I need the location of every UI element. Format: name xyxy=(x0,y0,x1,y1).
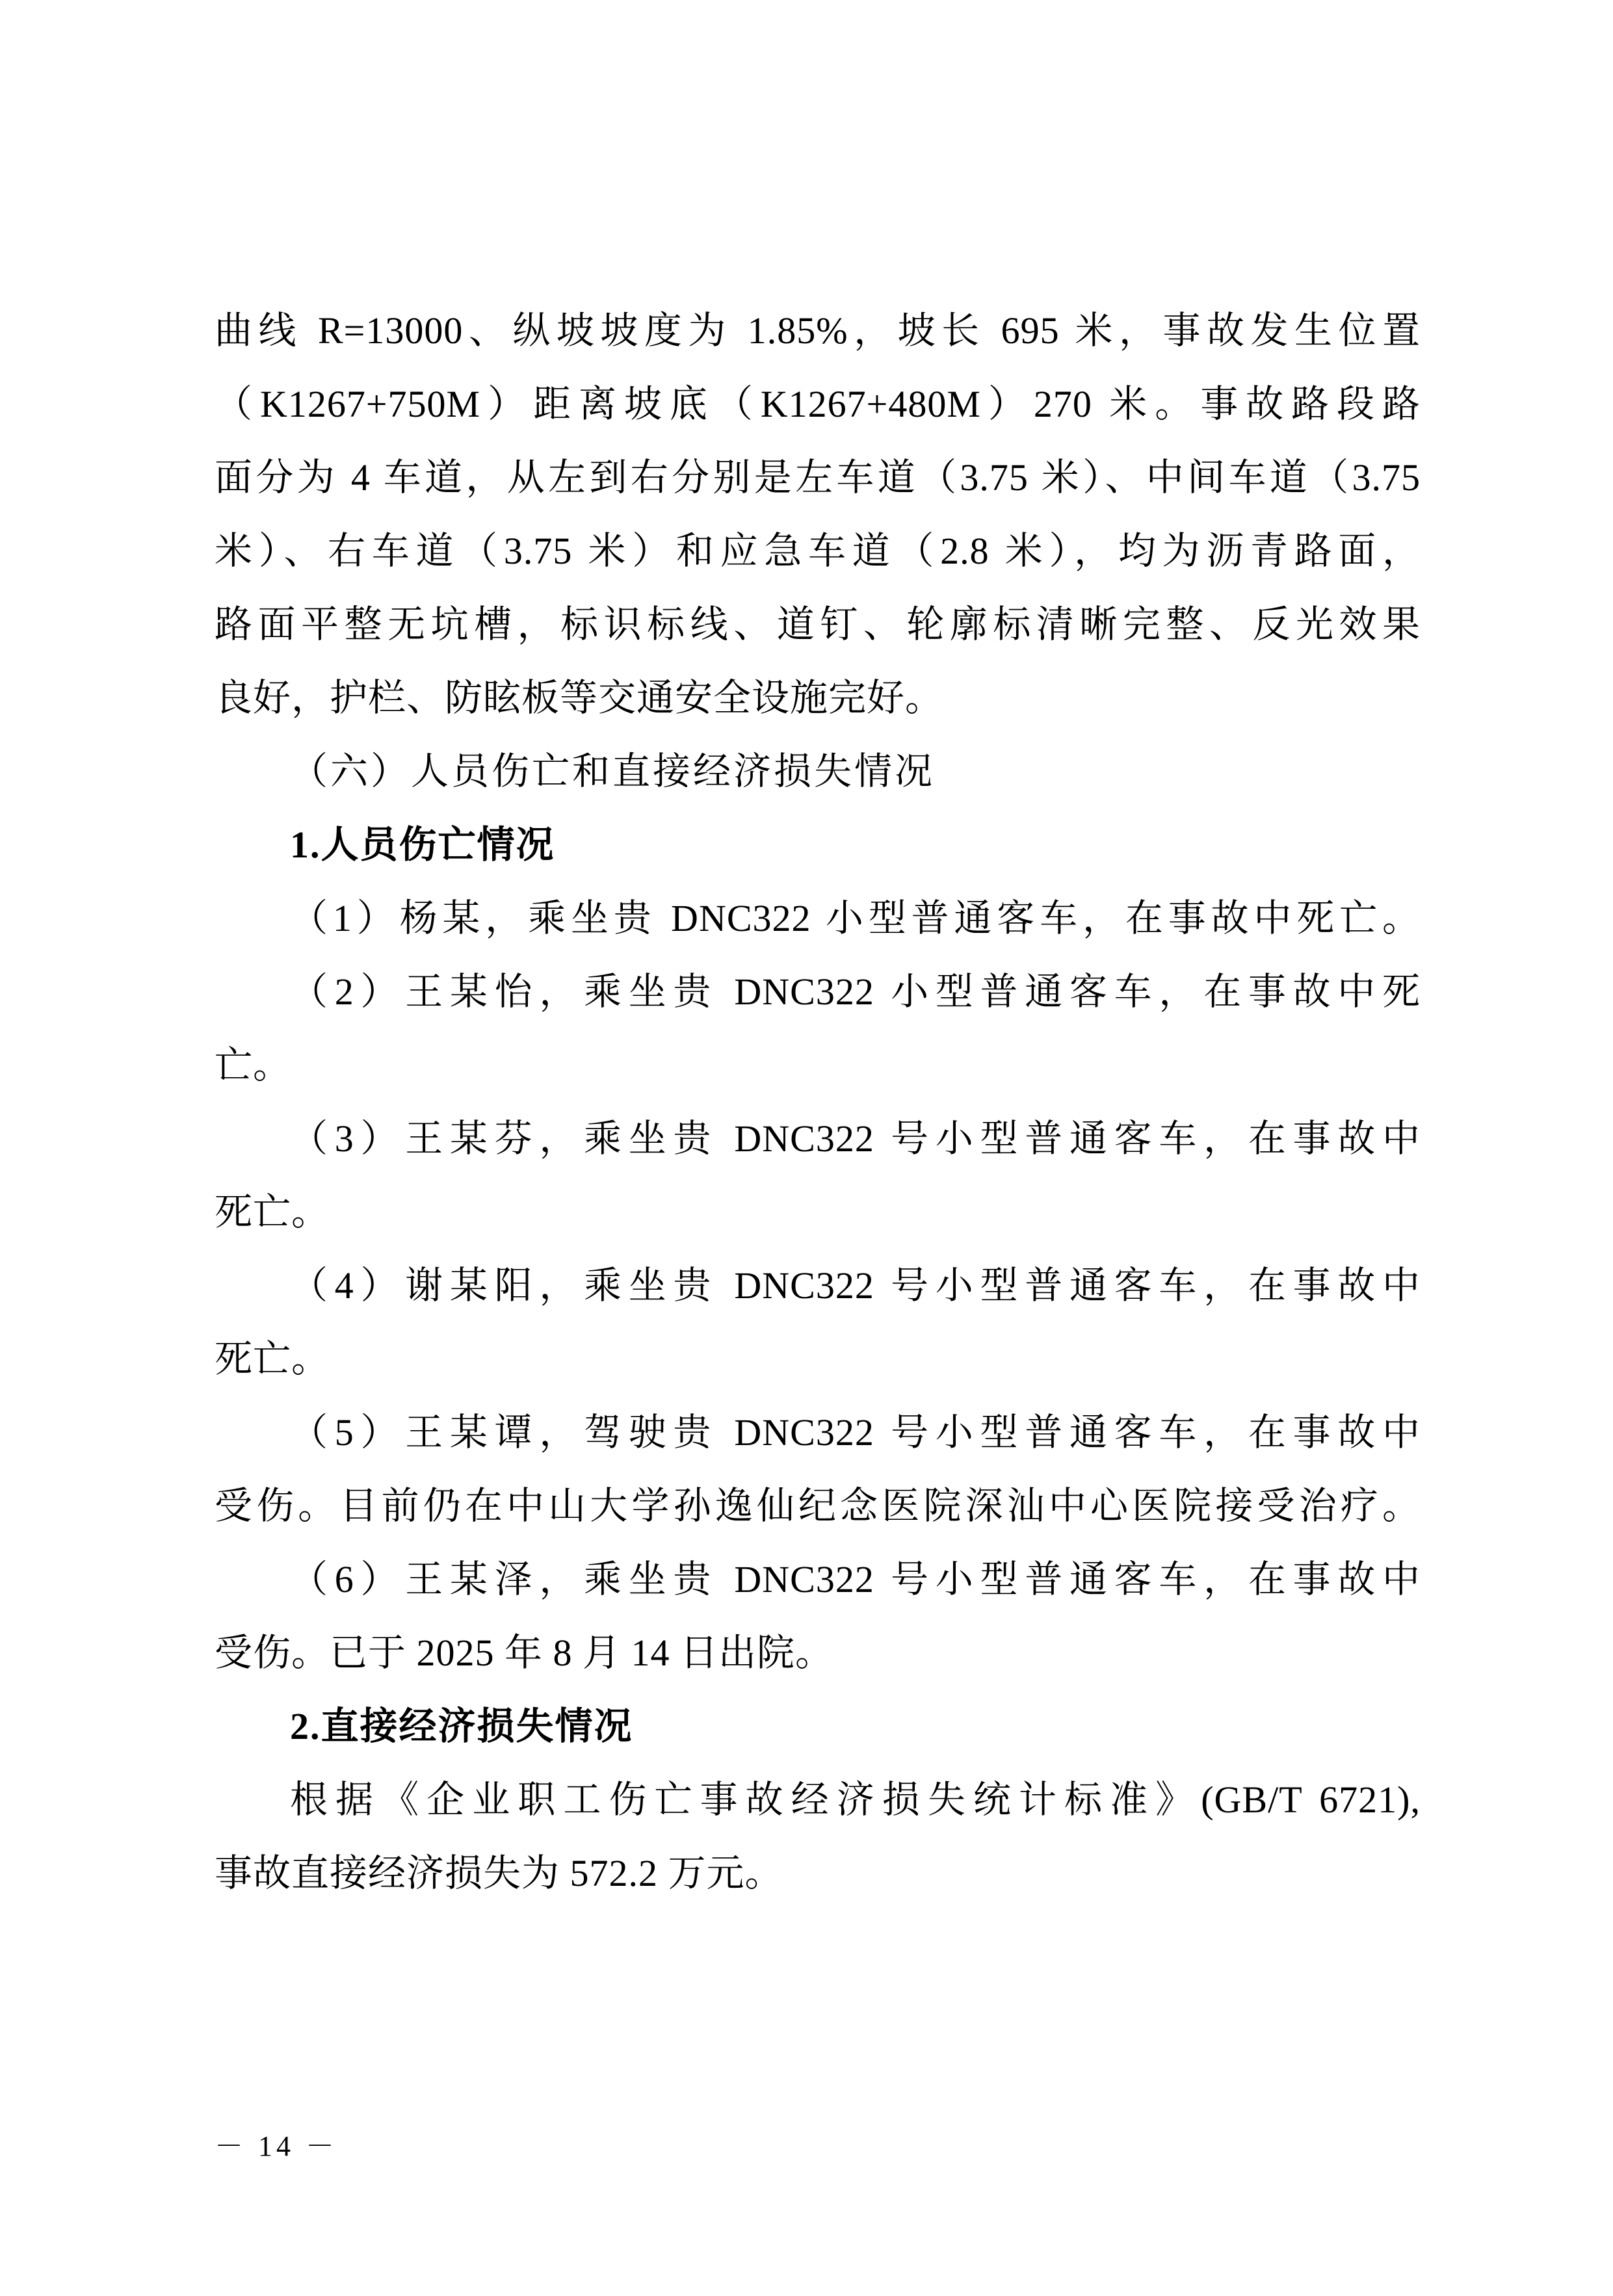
page-number: － 14 － xyxy=(215,2127,338,2166)
text-line: 死亡。 xyxy=(215,1322,1421,1396)
text-line: 面分为 4 车道，从左到右分别是左车道（3.75 米）、中间车道（3.75 xyxy=(215,441,1421,514)
text-line: 死亡。 xyxy=(215,1175,1421,1249)
text-line: （1）杨某，乘坐贵 DNC322 小型普通客车，在事故中死亡。 xyxy=(215,881,1421,955)
text-line: 受伤。目前仍在中山大学孙逸仙纪念医院深汕中心医院接受治疗。 xyxy=(215,1469,1421,1543)
document-page: 曲线 R=13000、纵坡坡度为 1.85%，坡长 695 米，事故发生位置（K… xyxy=(0,0,1613,2296)
text-line: 事故直接经济损失为 572.2 万元。 xyxy=(215,1836,1421,1910)
text-line: （6）王某泽，乘坐贵 DNC322 号小型普通客车，在事故中 xyxy=(215,1543,1421,1616)
text-line: （K1267+750M）距离坡底（K1267+480M）270 米。事故路段路 xyxy=(215,367,1421,441)
text-line: （4）谢某阳，乘坐贵 DNC322 号小型普通客车，在事故中 xyxy=(215,1249,1421,1322)
text-line: （5）王某谭，驾驶贵 DNC322 号小型普通客车，在事故中 xyxy=(215,1396,1421,1469)
text-line: 1.人员伤亡情况 xyxy=(215,808,1421,881)
text-line: 米）、右车道（3.75 米）和应急车道（2.8 米），均为沥青路面， xyxy=(215,514,1421,588)
text-line: 路面平整无坑槽，标识标线、道钉、轮廓标清晰完整、反光效果 xyxy=(215,588,1421,661)
text-line: （2）王某怡，乘坐贵 DNC322 小型普通客车，在事故中死 xyxy=(215,955,1421,1028)
text-line: 根据《企业职工伤亡事故经济损失统计标准》(GB/T 6721), xyxy=(215,1763,1421,1836)
text-line: 2.直接经济损失情况 xyxy=(215,1689,1421,1763)
document-body: 曲线 R=13000、纵坡坡度为 1.85%，坡长 695 米，事故发生位置（K… xyxy=(215,294,1421,1910)
text-line: 曲线 R=13000、纵坡坡度为 1.85%，坡长 695 米，事故发生位置 xyxy=(215,294,1421,367)
text-line: 亡。 xyxy=(215,1028,1421,1102)
text-line: （六）人员伤亡和直接经济损失情况 xyxy=(215,735,1421,808)
text-line: （3）王某芬，乘坐贵 DNC322 号小型普通客车，在事故中 xyxy=(215,1102,1421,1175)
text-line: 受伤。已于 2025 年 8 月 14 日出院。 xyxy=(215,1616,1421,1689)
text-line: 良好，护栏、防眩板等交通安全设施完好。 xyxy=(215,661,1421,735)
